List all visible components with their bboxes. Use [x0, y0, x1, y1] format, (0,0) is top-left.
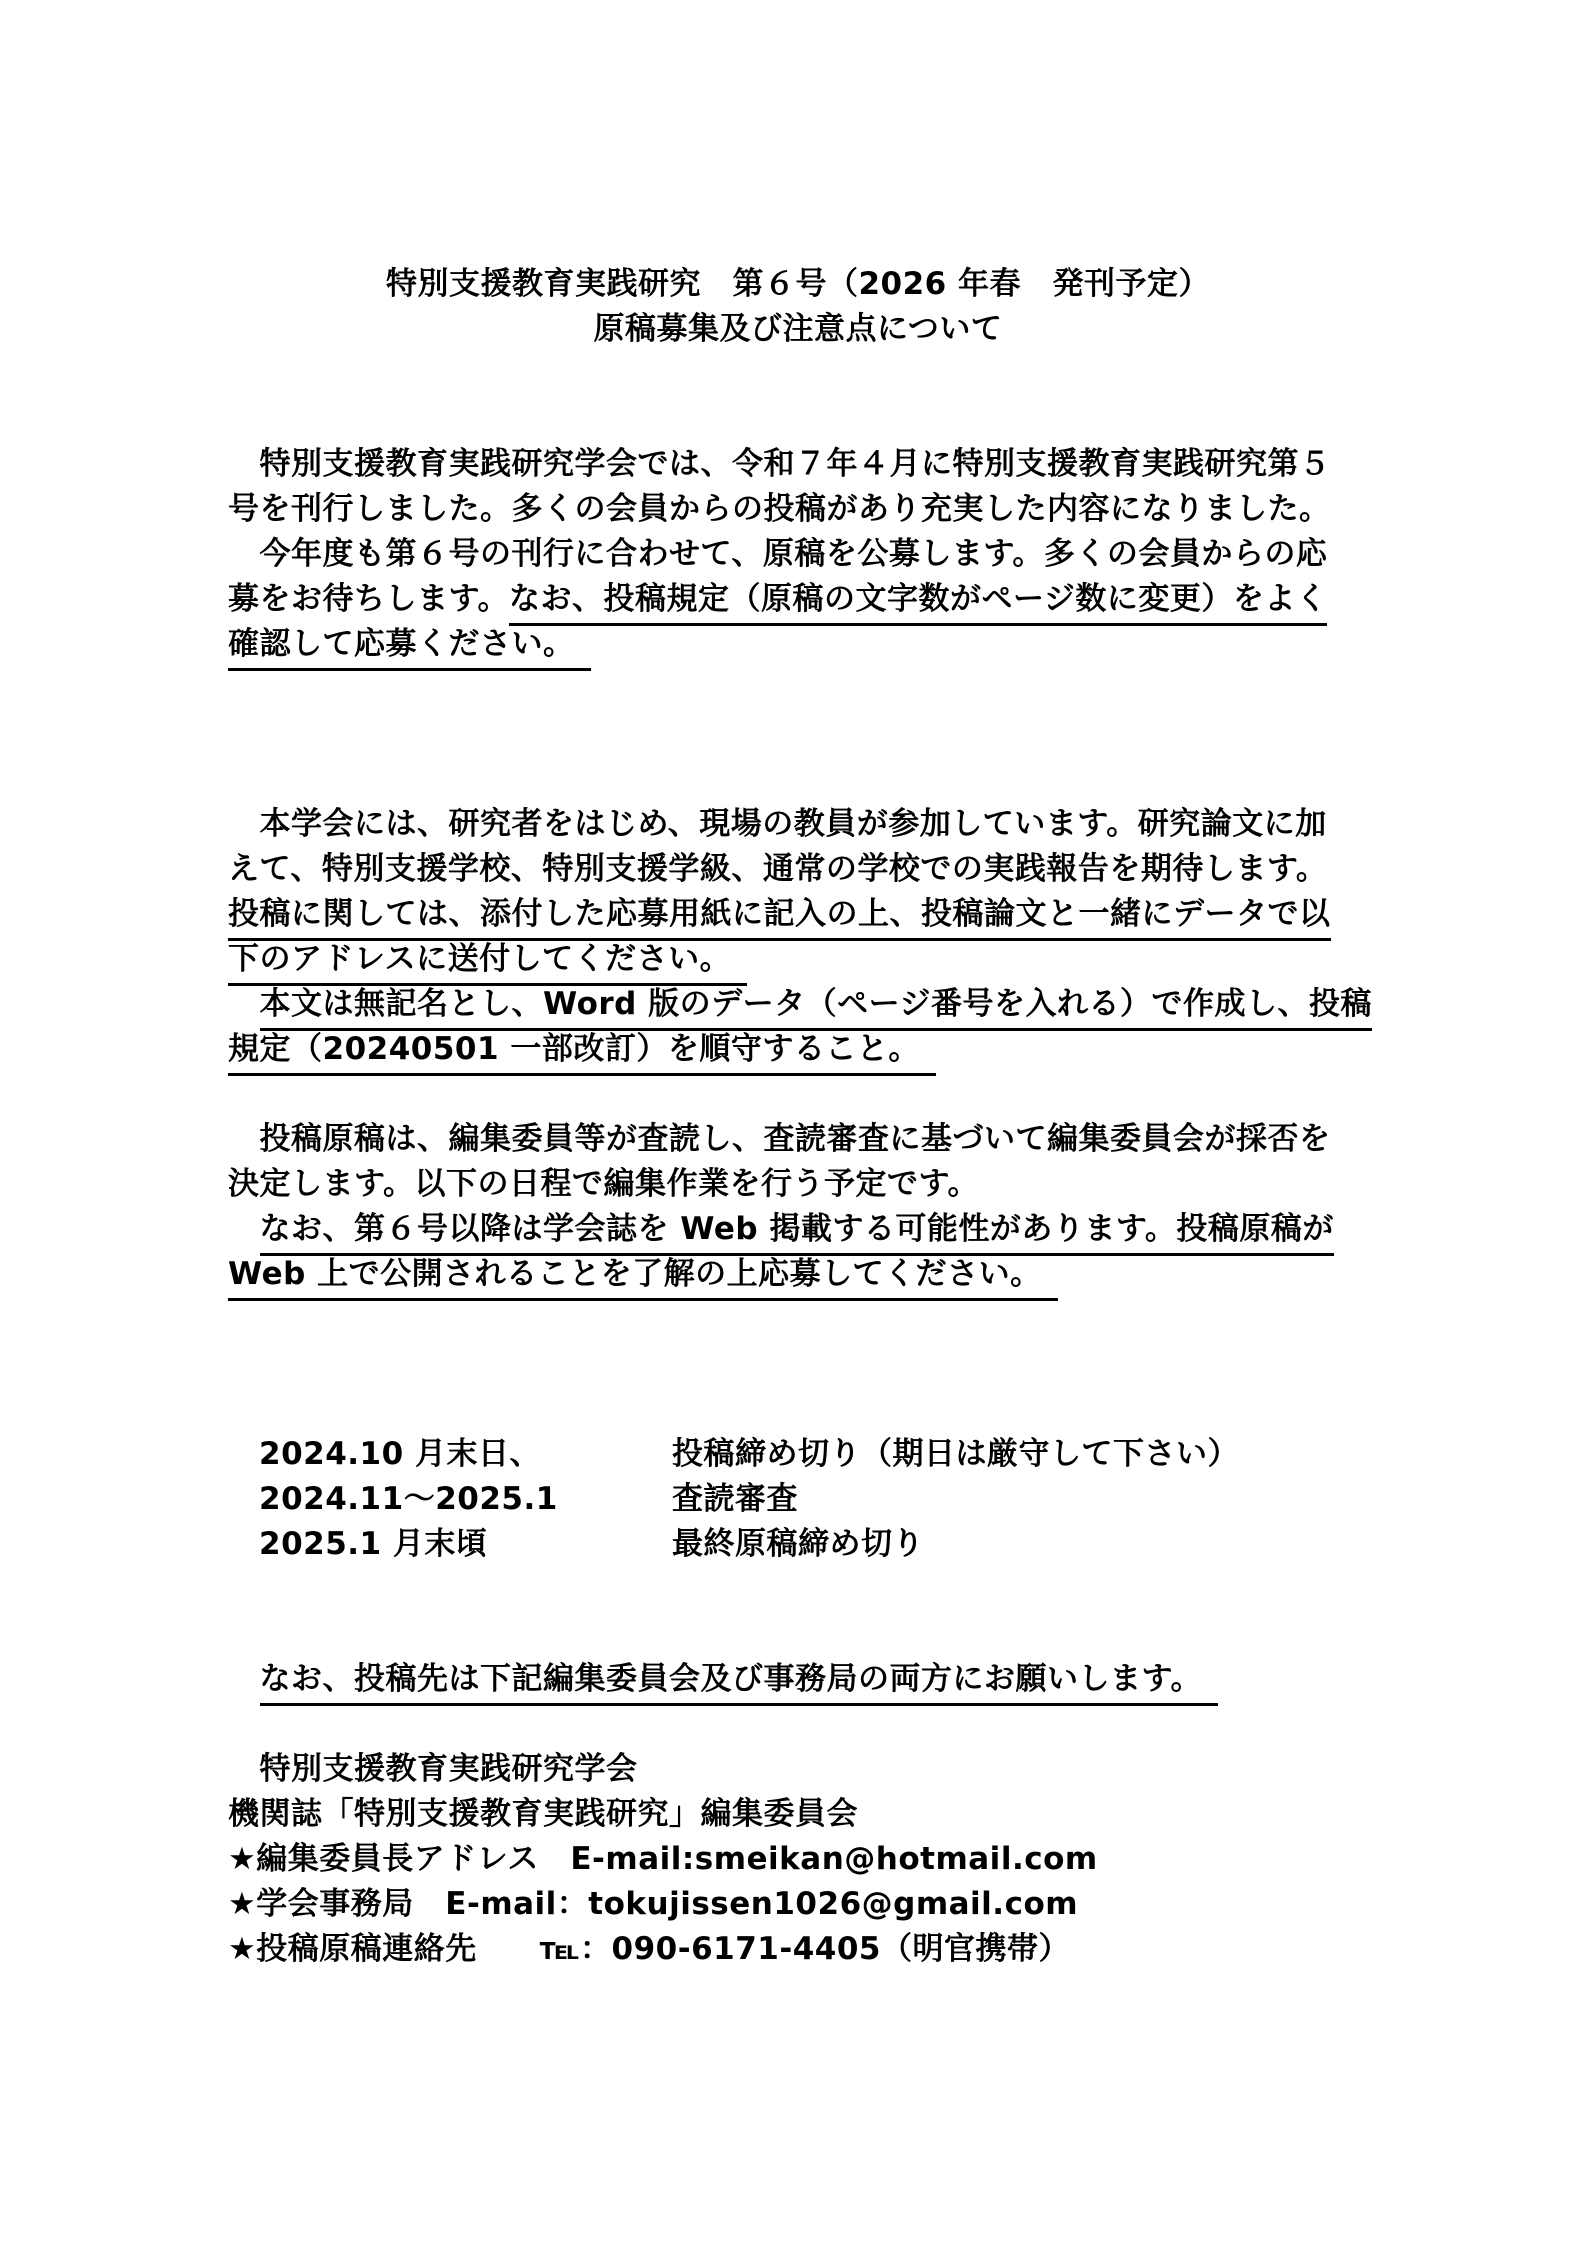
- document-subtitle: 原稿募集及び注意点について: [228, 307, 1368, 352]
- schedule-row: 2025.1 月末頃最終原稿締め切り: [228, 1522, 1368, 1567]
- text-segment: 募をお待ちします。: [228, 581, 509, 617]
- contact-block: 特別支援教育実践研究学会 機関誌「特別支援教育実践研究」編集委員会 ★編集委員長…: [228, 1747, 1368, 1972]
- schedule-item: 査読審査: [672, 1481, 798, 1517]
- schedule-date: 2024.10 月末日、: [259, 1432, 672, 1477]
- society-name: 特別支援教育実践研究学会: [228, 1747, 1368, 1792]
- document-content: 特別支援教育実践研究 第６号（2026 年春 発刊予定） 原稿募集及び注意点につ…: [228, 262, 1368, 1972]
- text-line: 本学会には、研究者をはじめ、現場の教員が参加しています。研究論文に加: [228, 802, 1368, 847]
- schedule-list: 2024.10 月末日、投稿締め切り（期日は厳守して下さい） 2024.11～2…: [228, 1432, 1368, 1567]
- text-line: なお、投稿先は下記編集委員会及び事務局の両方にお願いします。: [228, 1657, 1368, 1702]
- text-line: 本文は無記名とし、Word 版のデータ（ページ番号を入れる）で作成し、投稿: [228, 982, 1368, 1027]
- text-line: 投稿に関しては、添付した応募用紙に記入の上、投稿論文と一緒にデータで以: [228, 892, 1368, 937]
- text-line: 規定（20240501 一部改訂）を順守すること。: [228, 1027, 1368, 1072]
- text-line: えて、特別支援学校、特別支援学級、通常の学校での実践報告を期待します。: [228, 847, 1368, 892]
- underlined-text-segment: なお、第６号以降は学会誌を Web 掲載する可能性があります。投稿原稿が: [260, 1211, 1334, 1256]
- phone-contact-line: ★投稿原稿連絡先 ℡：090-6171-4405（明官携帯）: [228, 1927, 1368, 1972]
- text-line: なお、第６号以降は学会誌を Web 掲載する可能性があります。投稿原稿が: [228, 1207, 1368, 1252]
- text-line: 特別支援教育実践研究学会では、令和７年４月に特別支援教育実践研究第５: [228, 442, 1368, 487]
- schedule-date: 2024.11～2025.1: [259, 1477, 672, 1522]
- review-paragraph: 投稿原稿は、編集委員等が査読し、査読審査に基づいて編集委員会が採否を 決定します…: [228, 1117, 1368, 1297]
- editor-email-line: ★編集委員長アドレス E-mail:smeikan@hotmail.com: [228, 1837, 1368, 1882]
- text-line: 確認して応募ください。: [228, 622, 1368, 667]
- text-line: 投稿原稿は、編集委員等が査読し、査読審査に基づいて編集委員会が採否を: [228, 1117, 1368, 1162]
- text-line: Web 上で公開されることを了解の上応募してください。: [228, 1252, 1368, 1297]
- schedule-item: 投稿締め切り（期日は厳守して下さい）: [672, 1436, 1239, 1472]
- participation-paragraph: 本学会には、研究者をはじめ、現場の教員が参加しています。研究論文に加 えて、特別…: [228, 802, 1368, 1072]
- indent-segment: [228, 1661, 260, 1697]
- underlined-text-segment: 確認して応募ください。: [228, 626, 591, 671]
- underlined-text-segment: 下のアドレスに送付してください。: [228, 941, 747, 986]
- intro-paragraph: 特別支援教育実践研究学会では、令和７年４月に特別支援教育実践研究第５ 号を刊行し…: [228, 442, 1368, 667]
- underlined-text-segment: なお、投稿規定（原稿の文字数がページ数に変更）をよく: [509, 581, 1327, 626]
- text-line: 号を刊行しました。多くの会員からの投稿があり充実した内容になりました。: [228, 487, 1368, 532]
- document-page: 特別支援教育実践研究 第６号（2026 年春 発刊予定） 原稿募集及び注意点につ…: [0, 0, 1587, 2245]
- office-email-line: ★学会事務局 E-mail：tokujissen1026@gmail.com: [228, 1882, 1368, 1927]
- underlined-text-segment: 規定（20240501 一部改訂）を順守すること。: [228, 1031, 936, 1076]
- schedule-row: 2024.11～2025.1査読審査: [228, 1477, 1368, 1522]
- text-line: 決定します。以下の日程で編集作業を行う予定です。: [228, 1162, 1368, 1207]
- underlined-text-segment: 投稿に関しては、添付した応募用紙に記入の上、投稿論文と一緒にデータで以: [228, 896, 1331, 941]
- indent-segment: [228, 986, 260, 1022]
- committee-name: 機関誌「特別支援教育実践研究」編集委員会: [228, 1792, 1368, 1837]
- document-title: 特別支援教育実践研究 第６号（2026 年春 発刊予定）: [228, 262, 1368, 307]
- submission-note: なお、投稿先は下記編集委員会及び事務局の両方にお願いします。: [228, 1657, 1368, 1702]
- text-line: 今年度も第６号の刊行に合わせて、原稿を公募します。多くの会員からの応: [228, 532, 1368, 577]
- title-block: 特別支援教育実践研究 第６号（2026 年春 発刊予定） 原稿募集及び注意点につ…: [228, 262, 1368, 352]
- schedule-date: 2025.1 月末頃: [259, 1522, 672, 1567]
- text-line: 下のアドレスに送付してください。: [228, 937, 1368, 982]
- text-line: 募をお待ちします。なお、投稿規定（原稿の文字数がページ数に変更）をよく: [228, 577, 1368, 622]
- underlined-text-segment: Web 上で公開されることを了解の上応募してください。: [228, 1256, 1058, 1301]
- schedule-item: 最終原稿締め切り: [672, 1526, 924, 1562]
- schedule-row: 2024.10 月末日、投稿締め切り（期日は厳守して下さい）: [228, 1432, 1368, 1477]
- underlined-text-segment: なお、投稿先は下記編集委員会及び事務局の両方にお願いします。: [260, 1661, 1219, 1706]
- indent-segment: [228, 1211, 260, 1247]
- underlined-text-segment: 本文は無記名とし、Word 版のデータ（ページ番号を入れる）で作成し、投稿: [260, 986, 1373, 1031]
